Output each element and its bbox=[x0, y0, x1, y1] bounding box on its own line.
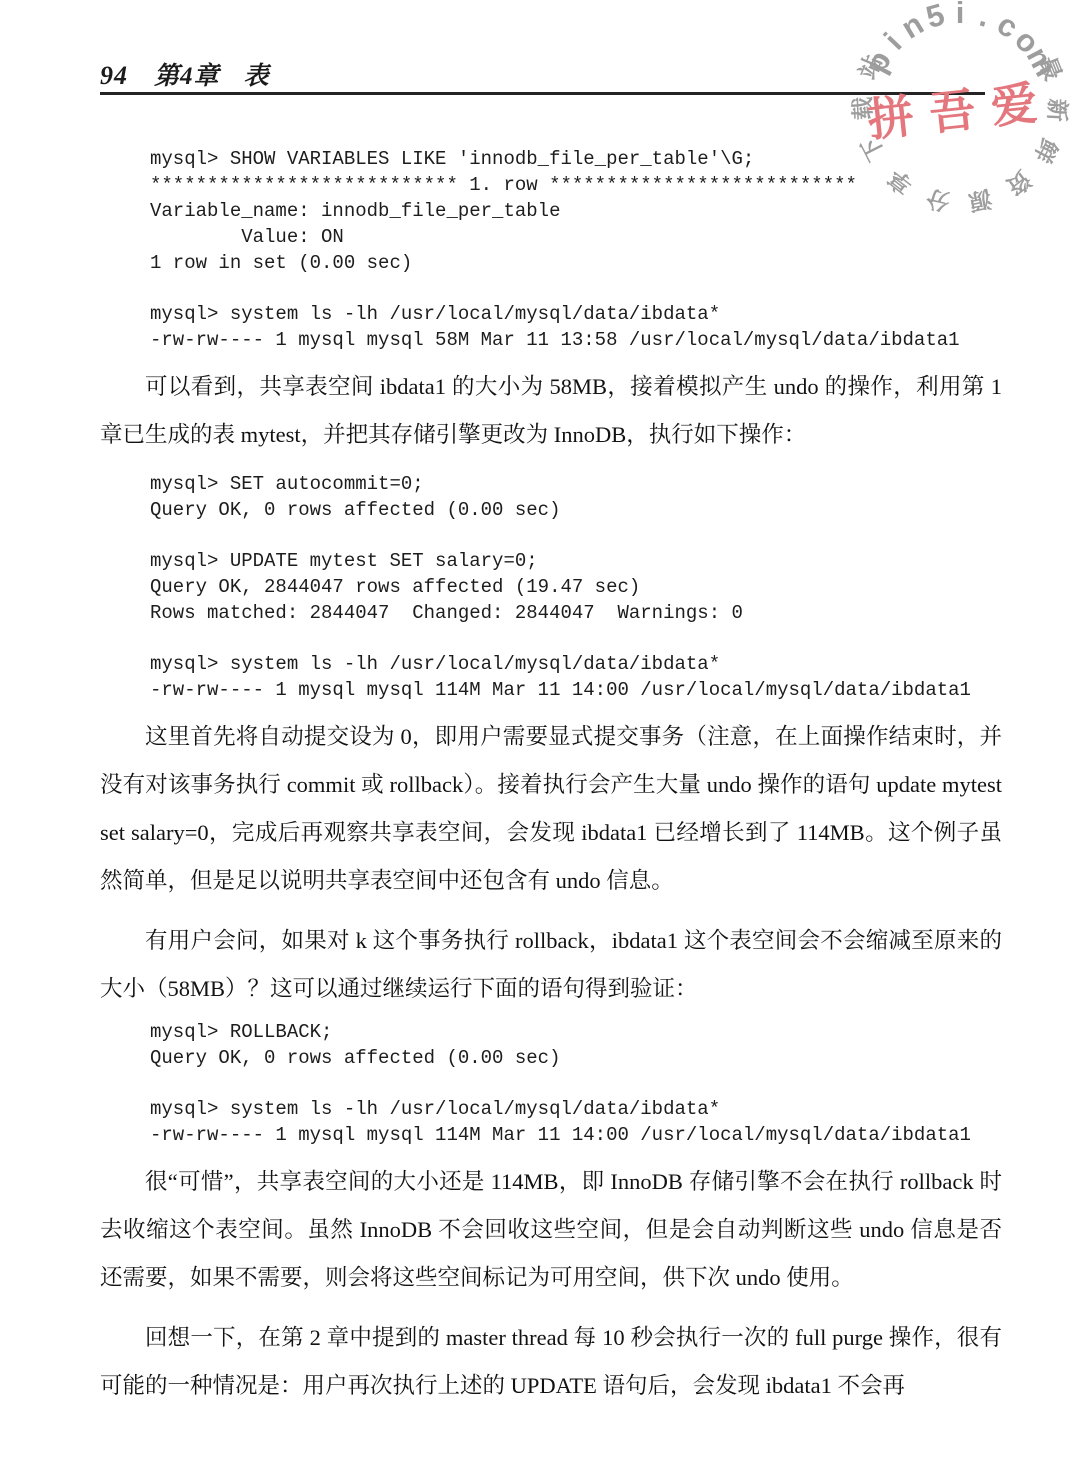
code-line: Rows matched: 2844047 Changed: 2844047 W… bbox=[150, 600, 1002, 626]
page-number: 94 bbox=[100, 61, 128, 90]
code-stanza: mysql> UPDATE mytest SET salary=0; Query… bbox=[150, 548, 1002, 626]
code-listing: mysql> SET autocommit=0; Query OK, 0 row… bbox=[150, 471, 1002, 703]
body-paragraph: 很“可惜”，共享表空间的大小还是 114MB，即 InnoDB 存储引擎不会在执… bbox=[100, 1158, 1002, 1302]
watermark-ring-char: 最 bbox=[1032, 51, 1071, 85]
watermark-site-char: i bbox=[877, 26, 909, 57]
code-line: Variable_name: innodb_file_per_table bbox=[150, 198, 1002, 224]
code-line: mysql> SHOW VARIABLES LIKE 'innodb_file_… bbox=[150, 146, 1002, 172]
code-line: *************************** 1. row *****… bbox=[150, 172, 1002, 198]
code-line: mysql> system ls -lh /usr/local/mysql/da… bbox=[150, 301, 1002, 327]
code-line: Query OK, 2844047 rows affected (19.47 s… bbox=[150, 574, 1002, 600]
code-line: mysql> system ls -lh /usr/local/mysql/da… bbox=[150, 651, 1002, 677]
code-listing: mysql> ROLLBACK; Query OK, 0 rows affect… bbox=[150, 1019, 1002, 1148]
code-line: mysql> system ls -lh /usr/local/mysql/da… bbox=[150, 1096, 1002, 1122]
header-rule bbox=[100, 92, 985, 95]
code-line: mysql> SET autocommit=0; bbox=[150, 471, 1002, 497]
watermark-site-char: n bbox=[895, 6, 930, 47]
watermark-site-char: i bbox=[956, 0, 965, 31]
watermark-site-char: c bbox=[991, 6, 1024, 46]
watermark-ring-char: 新 bbox=[1042, 98, 1076, 123]
code-stanza: mysql> SHOW VARIABLES LIKE 'innodb_file_… bbox=[150, 146, 1002, 276]
code-stanza: mysql> system ls -lh /usr/local/mysql/da… bbox=[150, 651, 1002, 703]
code-line: Value: ON bbox=[150, 224, 1002, 250]
code-stanza: mysql> SET autocommit=0; Query OK, 0 row… bbox=[150, 471, 1002, 523]
page-content: mysql> SHOW VARIABLES LIKE 'innodb_file_… bbox=[100, 140, 1002, 1410]
code-stanza: mysql> system ls -lh /usr/local/mysql/da… bbox=[150, 1096, 1002, 1148]
book-page: 94第4章表 p i n 5 i . c o m 最 新 鲜 资 源 分 享 下… bbox=[0, 0, 1080, 1478]
code-line: Query OK, 0 rows affected (0.00 sec) bbox=[150, 497, 1002, 523]
watermark-ring-char: 资 bbox=[1000, 164, 1038, 204]
chapter-label: 第4章 bbox=[154, 63, 220, 90]
watermark-site-char: . bbox=[976, 0, 994, 35]
body-paragraph: 这里首先将自动提交设为 0，即用户需要显式提交事务（注意，在上面操作结束时，并没… bbox=[100, 713, 1002, 905]
code-line: -rw-rw---- 1 mysql mysql 114M Mar 11 14:… bbox=[150, 1122, 1002, 1148]
code-listing: mysql> SHOW VARIABLES LIKE 'innodb_file_… bbox=[150, 146, 1002, 353]
code-stanza: mysql> system ls -lh /usr/local/mysql/da… bbox=[150, 301, 1002, 353]
code-stanza: mysql> ROLLBACK; Query OK, 0 rows affect… bbox=[150, 1019, 1002, 1071]
code-line: Query OK, 0 rows affected (0.00 sec) bbox=[150, 1045, 1002, 1071]
code-line: -rw-rw---- 1 mysql mysql 58M Mar 11 13:5… bbox=[150, 327, 1002, 353]
watermark-site-char: o bbox=[1007, 22, 1046, 61]
code-line: mysql> ROLLBACK; bbox=[150, 1019, 1002, 1045]
chapter-title: 表 bbox=[244, 63, 270, 90]
code-line: mysql> UPDATE mytest SET salary=0; bbox=[150, 548, 1002, 574]
code-line: 1 row in set (0.00 sec) bbox=[150, 250, 1002, 276]
body-paragraph: 回想一下，在第 2 章中提到的 master thread 每 10 秒会执行一… bbox=[100, 1314, 1002, 1410]
watermark-site-char: 5 bbox=[922, 0, 948, 36]
watermark-site-char: m bbox=[1019, 41, 1064, 82]
body-paragraph: 可以看到，共享表空间 ibdata1 的大小为 58MB，接着模拟产生 undo… bbox=[100, 363, 1002, 459]
watermark-ring-char: 鲜 bbox=[1027, 134, 1067, 170]
body-paragraph: 有用户会问，如果对 k 这个事务执行 rollback，ibdata1 这个表空… bbox=[100, 917, 1002, 1013]
watermark-ring-char: 载 bbox=[844, 96, 878, 120]
page-header: 94第4章表 bbox=[100, 56, 985, 92]
code-line: -rw-rw---- 1 mysql mysql 114M Mar 11 14:… bbox=[150, 677, 1002, 703]
